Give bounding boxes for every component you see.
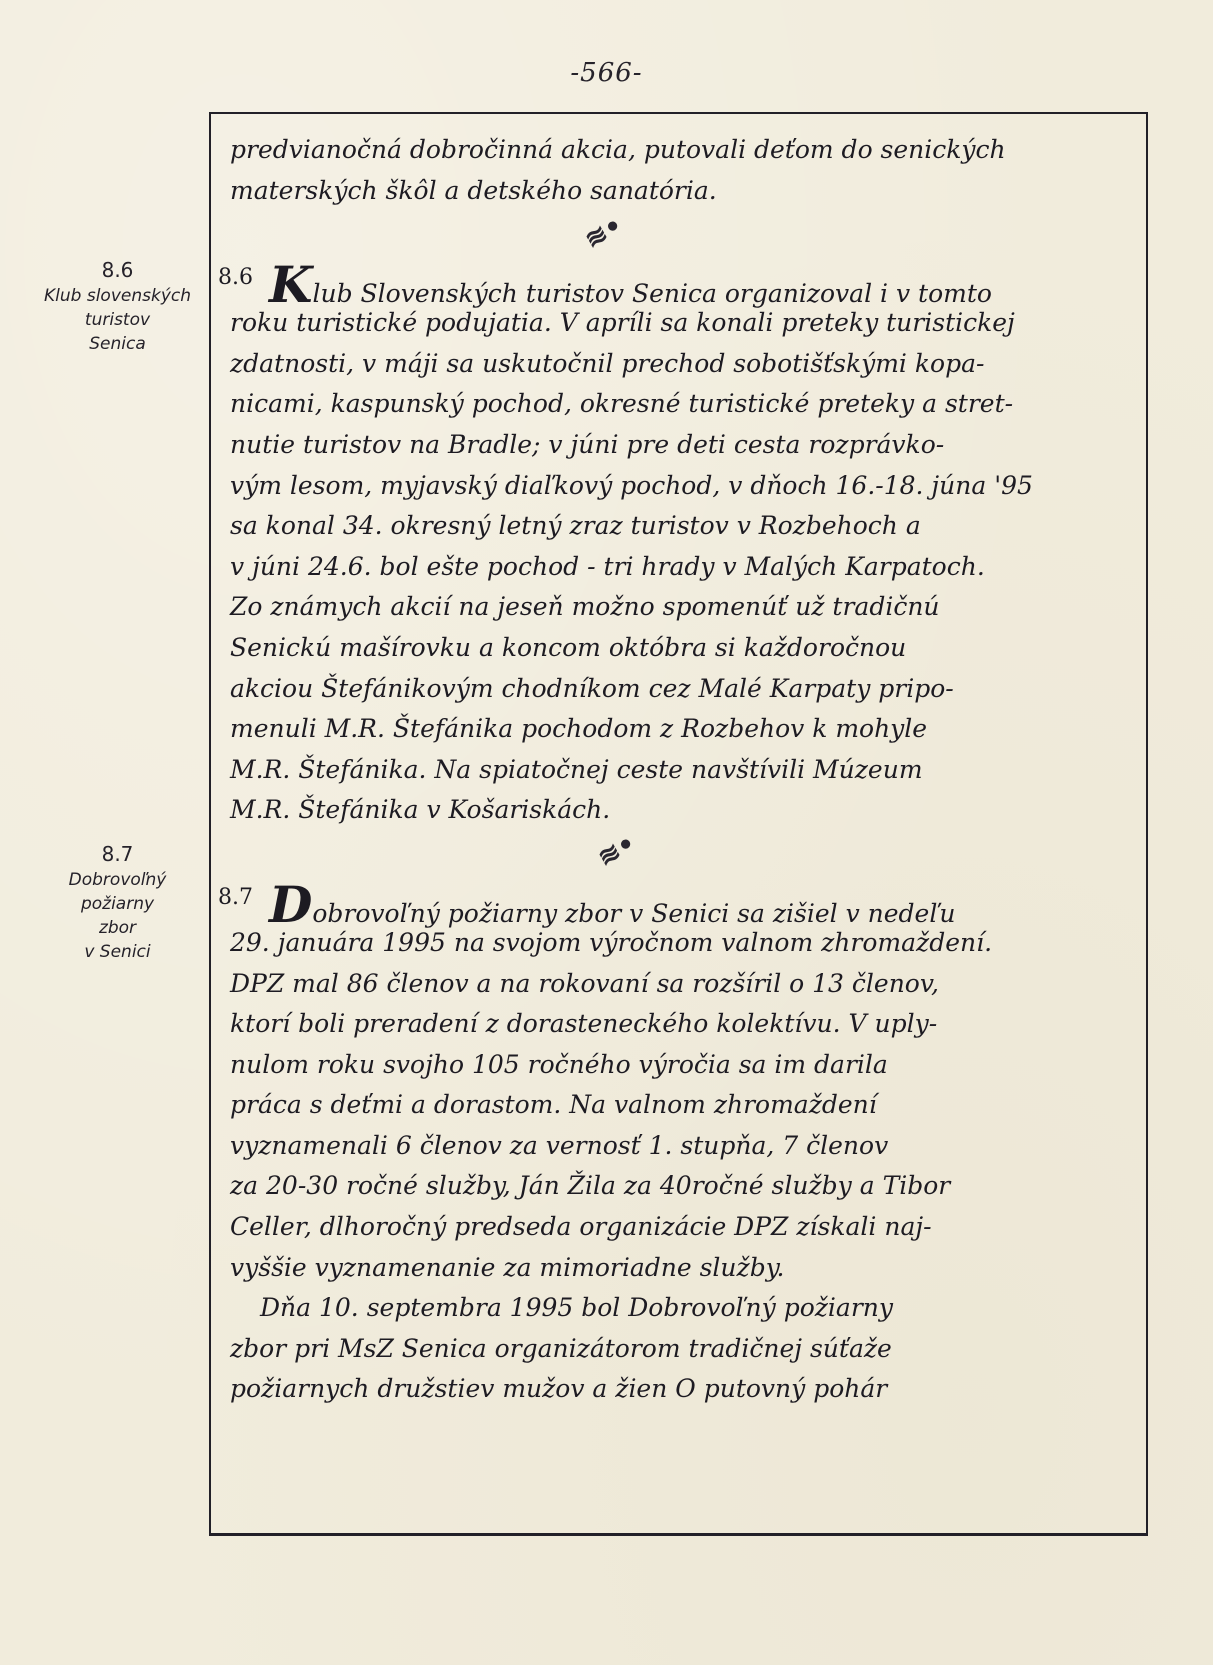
page-number: -566- bbox=[0, 58, 1213, 88]
margin-note-number: 8.7 bbox=[30, 842, 205, 866]
margin-note-line: požiarny bbox=[30, 892, 205, 916]
margin-note-line: Dobrovoľný bbox=[30, 868, 205, 892]
text-line: Dňa 10. septembra 1995 bol Dobrovoľný po… bbox=[230, 1288, 1135, 1329]
section-heading-8-6: 8.6Klub Slovenských turistov Senica orga… bbox=[230, 245, 1135, 303]
margin-note-line: Senica bbox=[30, 332, 205, 356]
text-line: zdatnosti, v máji sa uskutočnil prechod … bbox=[230, 344, 1135, 385]
section-number: 8.7 bbox=[218, 885, 253, 910]
section-heading-8-7: 8.7Dobrovoľný požiarny zbor v Senici sa … bbox=[230, 865, 1135, 923]
text-line: predvianočná dobročinná akcia, putovali … bbox=[230, 130, 1135, 171]
text-line: menuli M.R. Štefánika pochodom z Rozbeho… bbox=[230, 709, 1135, 750]
text-line: Senickú mašírovku a koncom októbra si ka… bbox=[230, 628, 1135, 669]
text-line: akciou Štefánikovým chodníkom cez Malé K… bbox=[230, 669, 1135, 710]
margin-note-8-6: 8.6 Klub slovenských turistov Senica bbox=[30, 258, 205, 356]
text-line: Celler, dlhoročný predseda organizácie D… bbox=[230, 1207, 1135, 1248]
text-line: nulom roku svojho 105 ročného výročia sa… bbox=[230, 1045, 1135, 1086]
section-separator: ≋• bbox=[230, 211, 1135, 245]
chronicle-body: predvianočná dobročinná akcia, putovali … bbox=[230, 130, 1135, 1410]
text-line: Zo známych akcií na jeseň možno spomenúť… bbox=[230, 587, 1135, 628]
margin-note-number: 8.6 bbox=[30, 258, 205, 282]
text-line: zbor pri MsZ Senica organizátorom tradič… bbox=[230, 1329, 1135, 1370]
margin-note-line: Klub slovenských bbox=[30, 284, 205, 308]
text-line: DPZ mal 86 členov a na rokovaní sa rozší… bbox=[230, 964, 1135, 1005]
margin-note-line: turistov bbox=[30, 308, 205, 332]
text-line: požiarnych družstiev mužov a žien O puto… bbox=[230, 1369, 1135, 1410]
margin-note-line: zbor bbox=[30, 916, 205, 940]
text-line: sa konal 34. okresný letný zraz turistov… bbox=[230, 506, 1135, 547]
text-line: nicami, kaspunský pochod, okresné turist… bbox=[230, 384, 1135, 425]
text-line: vyznamenali 6 členov za vernosť 1. stupň… bbox=[230, 1126, 1135, 1167]
margin-note-line: v Senici bbox=[30, 940, 205, 964]
text-line: vyššie vyznamenanie za mimoriadne služby… bbox=[230, 1248, 1135, 1289]
section-number: 8.6 bbox=[218, 265, 253, 290]
margin-note-8-7: 8.7 Dobrovoľný požiarny zbor v Senici bbox=[30, 842, 205, 964]
section-separator: ≋• bbox=[230, 831, 1135, 865]
text-line: práca s deťmi a dorastom. Na valnom zhro… bbox=[230, 1085, 1135, 1126]
text-line: 29. januára 1995 na svojom výročnom valn… bbox=[230, 923, 1135, 964]
text-line: vým lesom, myjavský diaľkový pochod, v d… bbox=[230, 466, 1135, 507]
text-line: nutie turistov na Bradle; v júni pre det… bbox=[230, 425, 1135, 466]
text-line: v júni 24.6. bol ešte pochod - tri hrady… bbox=[230, 547, 1135, 588]
text-line: ktorí boli preradení z dorasteneckého ko… bbox=[230, 1004, 1135, 1045]
text-line: M.R. Štefánika v Košariskách. bbox=[230, 790, 1135, 831]
text-line: roku turistické podujatia. V apríli sa k… bbox=[230, 303, 1135, 344]
text-line: M.R. Štefánika. Na spiatočnej ceste navš… bbox=[230, 750, 1135, 791]
text-line: za 20-30 ročné služby, Ján Žila za 40roč… bbox=[230, 1166, 1135, 1207]
text-line: materských škôl a detského sanatória. bbox=[230, 171, 1135, 212]
